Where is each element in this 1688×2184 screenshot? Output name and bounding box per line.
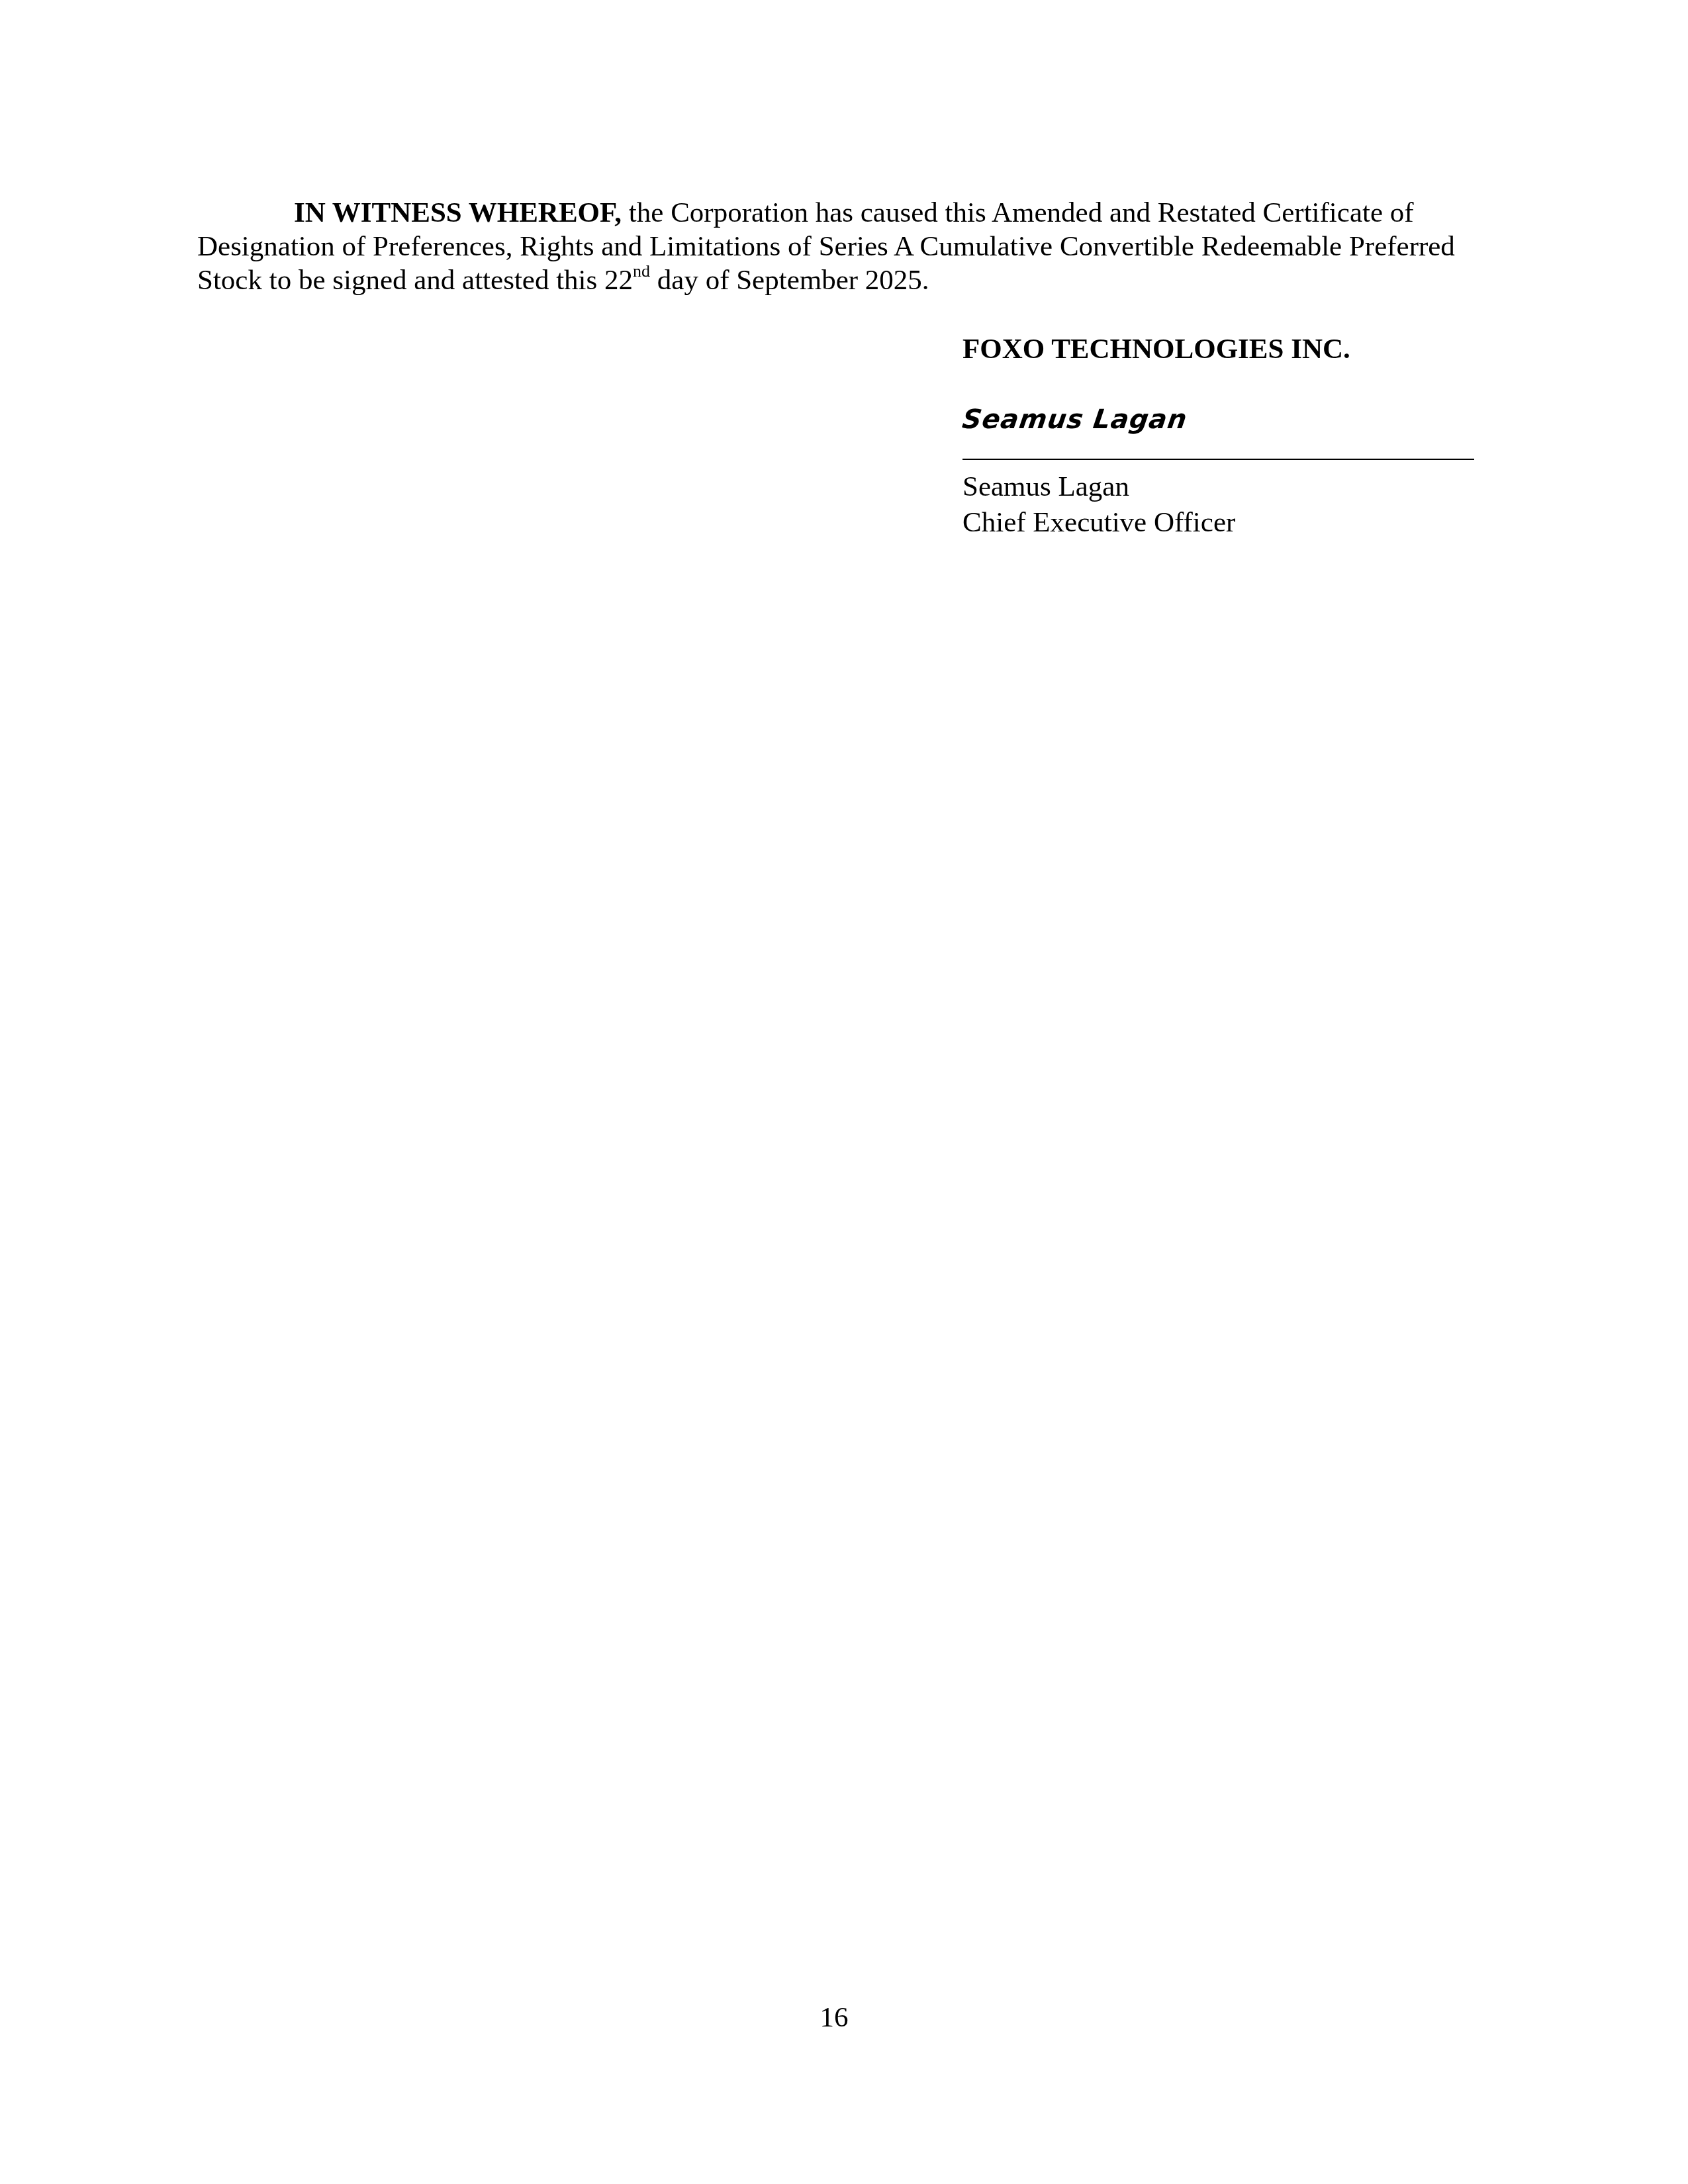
page-number: 16 [0, 2001, 1668, 2034]
witness-paragraph: IN WITNESS WHEREOF, the Corporation has … [197, 196, 1475, 297]
signer-title: Chief Executive Officer [962, 505, 1479, 541]
ordinal-suffix: nd [633, 261, 650, 281]
document-page: IN WITNESS WHEREOF, the Corporation has … [0, 0, 1688, 2184]
signature-block: FOXO TECHNOLOGIES INC. Seamus Lagan Seam… [962, 332, 1479, 541]
handwritten-signature: Seamus Lagan [960, 403, 1481, 436]
signature-line [962, 459, 1474, 460]
witness-text-end: day of September 2025. [650, 265, 929, 296]
company-name: FOXO TECHNOLOGIES INC. [962, 332, 1479, 366]
witness-lead: IN WITNESS WHEREOF, [294, 197, 622, 228]
signer-name: Seamus Lagan [962, 469, 1479, 505]
